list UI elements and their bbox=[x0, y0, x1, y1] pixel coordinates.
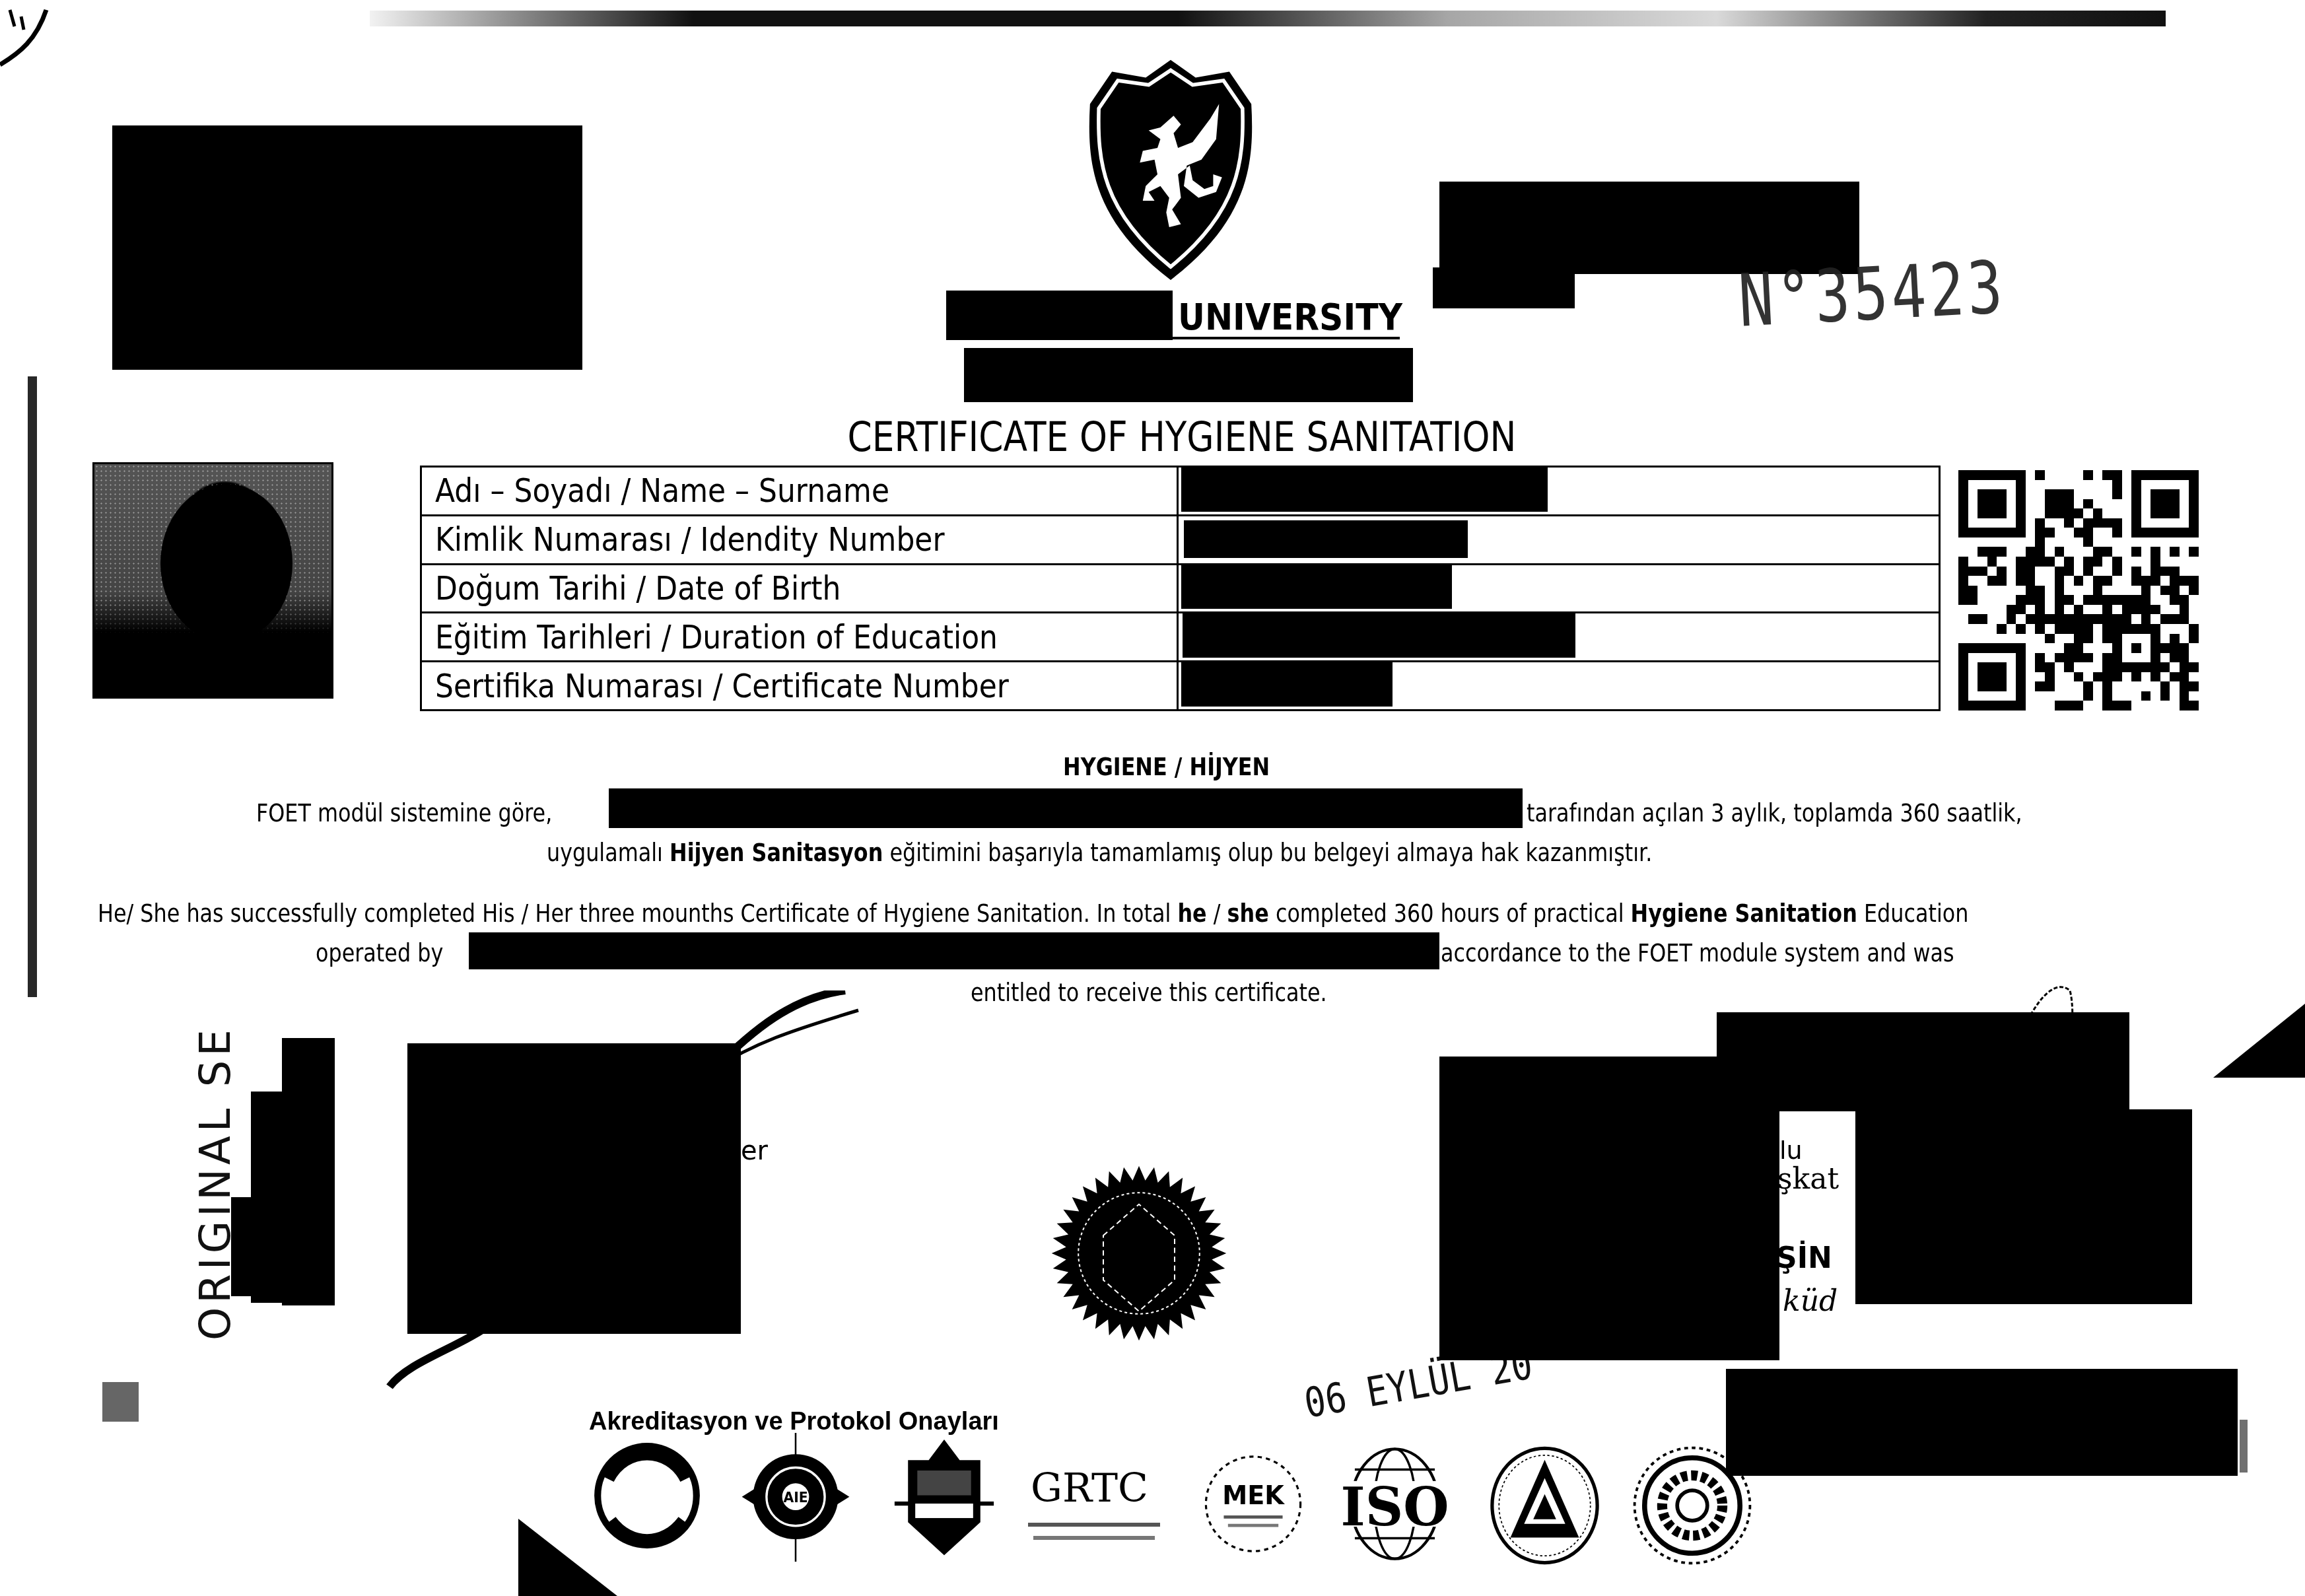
redacted-top-right-block-step bbox=[1433, 267, 1575, 308]
triangle-seal-logo-icon bbox=[1487, 1446, 1602, 1565]
english-line-2-suffix: accordance to the FOET module system and… bbox=[1441, 939, 1954, 967]
table-row: Kimlik Numarası / Idendity Number bbox=[421, 515, 1940, 564]
section-heading: HYGIENE / HİJYEN bbox=[1063, 753, 1270, 781]
gear-seal-logo-icon bbox=[1630, 1443, 1755, 1568]
redacted-left-signatory bbox=[407, 1043, 741, 1334]
holder-info-table: Adı – Soyadı / Name – Surname Kimlik Num… bbox=[420, 466, 1941, 711]
table-row: Doğum Tarihi / Date of Birth bbox=[421, 564, 1940, 613]
row-label-certificate-number: Sertifika Numarası / Certificate Number bbox=[435, 667, 1009, 705]
redacted-institution-tr bbox=[609, 788, 1523, 828]
certificate-title: CERTIFICATE OF HYGIENE SANITATION bbox=[166, 413, 2199, 461]
shield-badge-logo-icon bbox=[891, 1440, 997, 1558]
university-label: UNIVERSITY bbox=[1178, 296, 1402, 339]
left-signatory-partial-text: er bbox=[741, 1136, 768, 1166]
row-value-duration-redacted bbox=[1178, 613, 1940, 662]
corner-pen-mark bbox=[0, 0, 79, 92]
right-signature-loop bbox=[2007, 977, 2086, 1037]
svg-text:ISO: ISO bbox=[1340, 1476, 1449, 1538]
right-signatory-partial-1: lu bbox=[1779, 1136, 1803, 1165]
row-value-identity-redacted bbox=[1178, 515, 1940, 564]
english-line-1: He/ She has successfully completed His /… bbox=[98, 899, 1968, 928]
turkish-line-1-suffix: tarafından açılan 3 aylık, toplamda 360 … bbox=[1527, 799, 2022, 827]
row-value-name-redacted bbox=[1178, 467, 1940, 516]
svg-text:AIE: AIE bbox=[783, 1490, 808, 1506]
row-value-dob-redacted bbox=[1178, 564, 1940, 613]
turkish-line-2: uygulamalı Hijyen Sanitasyon eğitimini b… bbox=[547, 839, 1652, 867]
svg-text:GRTC: GRTC bbox=[1031, 1465, 1148, 1511]
english-line-3: entitled to receive this certificate. bbox=[971, 979, 1327, 1007]
serial-number-stamp: N°35423 bbox=[1737, 245, 2008, 343]
right-corner-triangle bbox=[2213, 1004, 2305, 1078]
redacted-bottom-right-block bbox=[1726, 1369, 2238, 1476]
accreditation-heading: Akreditasyon ve Protokol Onayları bbox=[589, 1408, 999, 1436]
qr-code[interactable] bbox=[1958, 470, 2199, 711]
compass-seal-logo-icon: AIE bbox=[740, 1433, 852, 1562]
grtc-logo-icon: GRTC bbox=[1020, 1459, 1179, 1552]
redacted-logo-left bbox=[112, 125, 582, 370]
redacted-right-signatory-c bbox=[1855, 1109, 2192, 1304]
redacted-university-subtitle bbox=[964, 348, 1413, 402]
university-crest-icon bbox=[1031, 57, 1310, 285]
table-row: Adı – Soyadı / Name – Surname bbox=[421, 467, 1940, 516]
row-value-certificate-redacted bbox=[1178, 662, 1940, 711]
right-signatory-partial-3: ŞİN bbox=[1776, 1241, 1832, 1275]
scan-left-edge-line bbox=[28, 376, 37, 997]
embossed-seal-icon bbox=[1050, 1161, 1228, 1346]
scan-top-border bbox=[370, 11, 2166, 26]
svg-text:MEK: MEK bbox=[1222, 1482, 1285, 1511]
university-underline bbox=[1173, 337, 1400, 339]
redacted-institution-en bbox=[469, 932, 1439, 969]
row-label-identity-number: Kimlik Numarası / Idendity Number bbox=[435, 520, 945, 559]
scan-noise-bottom-left bbox=[102, 1382, 139, 1422]
row-label-education-duration: Eğitim Tarihleri / Duration of Education bbox=[435, 618, 998, 656]
redacted-left-stamp-c bbox=[231, 1197, 258, 1296]
table-row: Sertifika Numarası / Certificate Number bbox=[421, 662, 1940, 711]
iso-logo-icon: ISO bbox=[1321, 1446, 1469, 1562]
english-line-2-prefix: operated by bbox=[316, 939, 443, 967]
row-label-date-of-birth: Doğum Tarihi / Date of Birth bbox=[435, 569, 841, 607]
right-signatory-partial-4: küd bbox=[1783, 1284, 1838, 1318]
mek-logo-icon: MEK bbox=[1200, 1446, 1306, 1562]
bottom-left-corner-triangle bbox=[518, 1519, 617, 1596]
row-label-name: Adı – Soyadı / Name – Surname bbox=[435, 471, 889, 510]
scan-noise-right bbox=[2240, 1420, 2248, 1473]
table-row: Eğitim Tarihleri / Duration of Education bbox=[421, 613, 1940, 662]
redacted-university-name bbox=[946, 291, 1173, 340]
turkish-line-1-prefix: FOET modül sistemine göre, bbox=[256, 799, 552, 827]
right-signatory-partial-2: şkat bbox=[1777, 1162, 1839, 1196]
holder-photo bbox=[92, 462, 333, 699]
